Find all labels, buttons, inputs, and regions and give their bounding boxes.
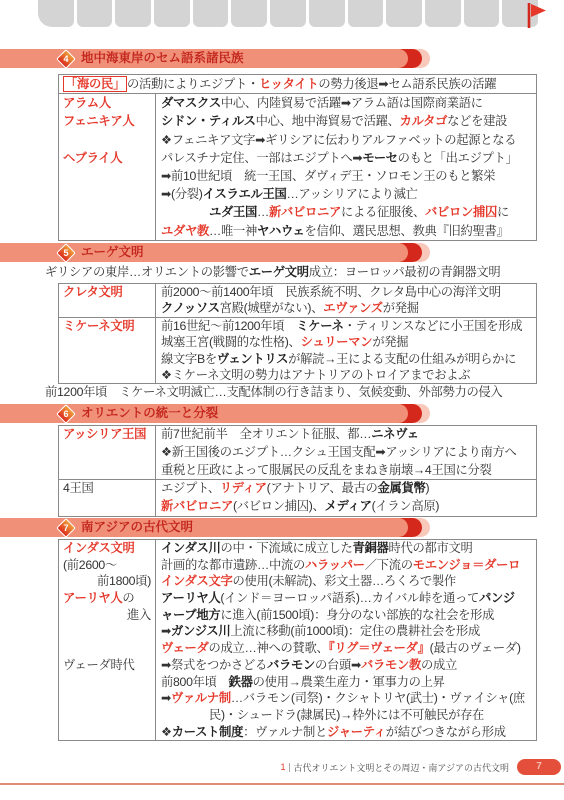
content-cell: 前16世紀～前1200年頃 ミケーネ・ティリンスなどに小王国を形成 bbox=[156, 318, 536, 334]
index-tab bbox=[270, 0, 306, 27]
keyword-red: 『リグ＝ヴェーダ』 bbox=[328, 641, 429, 655]
section-6-banner: 6オリエントの統一と分裂 bbox=[0, 404, 430, 423]
text-segment: 中心、内陸貿易で活躍➡アラム語は国際商業語に bbox=[221, 96, 483, 110]
keyword-red: リディア bbox=[220, 481, 267, 495]
index-tab bbox=[348, 0, 384, 27]
content-cell: 前7世紀前半 全オリエント征服、都…ニネヴェ bbox=[156, 426, 536, 444]
index-tab bbox=[77, 0, 113, 27]
label-cell bbox=[59, 640, 156, 657]
index-tab bbox=[38, 0, 74, 27]
table-line: ➡ガンジス川上流に移動(前1000頃)：定住の農耕社会を形成 bbox=[59, 623, 536, 640]
keyword-red: モエンジョ＝ダーロ bbox=[413, 558, 520, 572]
keyword-red: バラモン教 bbox=[361, 658, 421, 672]
label-cell: ヴェーダ時代 bbox=[59, 657, 156, 674]
footer-divider bbox=[289, 763, 290, 772]
text-segment: (インド＝ヨーロッパ語系)…カイバル峠を通って bbox=[220, 591, 479, 605]
text-segment: の成立…神への賛歌、 bbox=[209, 641, 329, 655]
keyword-bold: ヤハウェ bbox=[257, 224, 305, 238]
section-title: エーゲ文明 bbox=[81, 243, 144, 262]
index-tab bbox=[425, 0, 461, 27]
keyword-bold: エーゲ文明 bbox=[249, 265, 309, 279]
content-cell: 城塞王宮(戦闘的な性格)、シュリーマンが発掘 bbox=[156, 334, 536, 350]
label-cell bbox=[59, 334, 156, 350]
content-cell: ダマスクス中心、内陸貿易で活躍➡アラム語は国際商業語に bbox=[156, 94, 536, 112]
table-line: ➡(分裂)イスラエル王国…アッシリアにより滅亡 bbox=[59, 185, 536, 203]
keyword-bold: ガンジス川 bbox=[171, 624, 230, 638]
keyword-red: 「海の民」 bbox=[63, 76, 127, 92]
keyword-red: 新バビロニア bbox=[161, 499, 233, 513]
text-segment: ・ティリンスなどに小王国を形成 bbox=[344, 319, 523, 333]
text-segment: 宮殿(城壁がない)、 bbox=[220, 301, 324, 315]
keyword-bold: 青銅器 bbox=[352, 541, 388, 555]
keyword-red: インダス文明 bbox=[63, 541, 135, 555]
text-segment: エジプト、 bbox=[161, 481, 220, 495]
index-tab-row bbox=[38, 0, 538, 27]
keyword-bold: ャーブ地方 bbox=[161, 608, 220, 622]
keyword-bold: モーセ bbox=[362, 151, 397, 165]
keyword-bold: ダマスクス bbox=[161, 96, 221, 110]
textbook-page: 4地中海東岸のセム語系諸民族「海の民」の活動によりエジプト・ヒッタイトの勢力後退… bbox=[0, 0, 564, 800]
keyword-red: ミケーネ文明 bbox=[63, 319, 134, 333]
label-cell bbox=[59, 222, 156, 240]
text-segment: の活動によりエジプト・ bbox=[127, 77, 259, 91]
label-cell: アラム人 bbox=[59, 94, 156, 112]
table-line: (前2600～計画的な都市遺跡…中流のハラッパー／下流のモエンジョ＝ダーロ bbox=[59, 557, 536, 574]
content-cell: パレスチナ定住、一部はエジプトへ➡モーセのもと「出エジプト」 bbox=[156, 149, 536, 167]
text-segment: 前2000～前1400年頃 民族系統不明、クレタ島中心の海洋文明 bbox=[161, 285, 501, 299]
index-tab bbox=[386, 0, 422, 27]
text-segment: 4王国 bbox=[63, 481, 94, 495]
label-cell: フェニキア人 bbox=[59, 112, 156, 130]
table-line: 「海の民」の活動によりエジプト・ヒッタイトの勢力後退➡セム語系民族の活躍 bbox=[59, 75, 536, 94]
text-segment: … bbox=[257, 205, 269, 219]
label-cell: クレタ文明 bbox=[59, 284, 156, 300]
keyword-red: ヴァルナ制 bbox=[171, 691, 231, 705]
content-cell: インダス文字の使用(未解読)、彩文土器…ろくろで製作 bbox=[156, 573, 536, 590]
text-segment: ➡前10世紀頃 統一王国、ダヴィデ王・ソロモン王のもと繁栄 bbox=[161, 169, 495, 183]
keyword-bold: イスラエル王国 bbox=[203, 187, 287, 201]
section-title: 地中海東岸のセム語系諸民族 bbox=[81, 49, 244, 68]
content-cell: 前800年頃 鉄器の使用→農業生産力・軍事力の上昇 bbox=[156, 674, 536, 691]
text-segment bbox=[161, 205, 209, 219]
table-line: ❖新王国後のエジプト…クシュ王国支配➡アッシリアにより南方へ bbox=[59, 444, 536, 462]
text-segment: (アナトリア、最古の bbox=[267, 481, 378, 495]
text-segment: 前1200年頃 ミケーネ文明滅亡…支配体制の行き詰まり、気候変動、外部勢力の侵入 bbox=[45, 385, 502, 399]
text-segment: (イラン高原) bbox=[372, 499, 440, 513]
study-table-7: インダス文明インダス川の中・下流域に成立した青銅器時代の都市文明(前2600～計… bbox=[58, 539, 537, 741]
content-cell: ャーブ地方に進入(前1500頃)：身分のない部族的な社会を形成 bbox=[156, 607, 536, 624]
table-line: フェニキア人シドン・ティルス中心、地中海貿易で活躍、カルタゴなどを建設 bbox=[59, 112, 536, 130]
content-cell: 線文字Bをヴェントリスが解読→王による支配の仕組みが明らかに bbox=[156, 351, 536, 367]
content-cell: ユダヤ教…唯一神ヤハウェを信仰、選民思想、教典『旧約聖書』 bbox=[156, 222, 536, 240]
table-line: 新バビロニア(バビロン捕囚)、メディア(イラン高原) bbox=[59, 498, 536, 516]
label-cell: 4王国 bbox=[59, 480, 156, 498]
table-line: ❖フェニキア文字➡ギリシアに伝わりアルファベットの起源となる bbox=[59, 131, 536, 149]
keyword-red: カルタゴ bbox=[400, 114, 448, 128]
index-tab bbox=[154, 0, 190, 27]
keyword-red: ハラッパー bbox=[305, 558, 365, 572]
text-segment: 成立：ヨーロッパ最初の青銅器文明 bbox=[309, 265, 501, 279]
keyword-bold: 金属貨幣 bbox=[377, 481, 425, 495]
keyword-bold: ミケーネ bbox=[296, 319, 343, 333]
label-cell bbox=[59, 724, 156, 741]
text-segment: 重税と圧政によって服属民の反乱をまねき崩壊→4王国に分裂 bbox=[161, 463, 491, 477]
text-segment: が結びつきながら形成 bbox=[386, 725, 506, 739]
index-tab bbox=[309, 0, 345, 27]
content-cell: インダス川の中・下流域に成立した青銅器時代の都市文明 bbox=[156, 540, 536, 557]
table-line: ➡前10世紀頃 統一王国、ダヴィデ王・ソロモン王のもと繁栄 bbox=[59, 167, 536, 185]
label-cell bbox=[59, 167, 156, 185]
keyword-red: バビロン捕囚 bbox=[425, 205, 497, 219]
keyword-red: クレタ文明 bbox=[63, 285, 123, 299]
keyword-bold: バラモン bbox=[267, 658, 315, 672]
table-line: クノッソス宮殿(城壁がない)、エヴァンズが発掘 bbox=[59, 300, 536, 317]
text-segment: が発掘 bbox=[372, 335, 408, 349]
label-cell: 進入 bbox=[59, 607, 156, 624]
label-cell: (前2600～ bbox=[59, 557, 156, 574]
table-line: ❖ミケーネ文明の勢力はアナトリアのトロイアまでおよぶ bbox=[59, 367, 536, 383]
footer-chapter: 1 古代オリエント文明とその周辺・南アジアの古代文明 bbox=[281, 761, 509, 774]
text-segment: ❖ミケーネ文明の勢力はアナトリアのトロイアまでおよぶ bbox=[161, 368, 470, 382]
text-segment: (最古のヴェーダ) bbox=[430, 641, 521, 655]
study-table-6: アッシリア王国前7世紀前半 全オリエント征服、都…ニネヴェ❖新王国後のエジプト…… bbox=[58, 425, 537, 517]
text-segment: 前16世紀～前1200年頃 bbox=[161, 319, 296, 333]
keyword-bold: ニネヴェ bbox=[371, 427, 419, 441]
table-line: ヴェーダ時代➡祭式をつかさどるバラモンの台頭➡バラモン教の成立 bbox=[59, 657, 536, 674]
label-cell: 前1800頃) bbox=[59, 573, 156, 590]
index-tab bbox=[115, 0, 151, 27]
page-number-badge: 7 bbox=[517, 759, 561, 775]
keyword-bold: インダス川 bbox=[161, 541, 221, 555]
chapter-number: 1 bbox=[281, 762, 286, 772]
label-cell bbox=[59, 367, 156, 383]
text-segment: のもと「出エジプト」 bbox=[398, 151, 518, 165]
text-segment: の bbox=[122, 591, 134, 605]
content-cell: ➡祭式をつかさどるバラモンの台頭➡バラモン教の成立 bbox=[156, 657, 536, 674]
text-segment: 民)・シュードラ(隷属民)→枠外には不可触民が存在 bbox=[161, 708, 484, 722]
footer-rule bbox=[0, 783, 564, 785]
content-cell: 計画的な都市遺跡…中流のハラッパー／下流のモエンジョ＝ダーロ bbox=[156, 557, 536, 574]
content-cell: ➡ガンジス川上流に移動(前1000頃)：定住の農耕社会を形成 bbox=[156, 623, 536, 640]
content-cell: ヴェーダの成立…神への賛歌、『リグ＝ヴェーダ』(最古のヴェーダ) bbox=[156, 640, 536, 657]
text-segment: 前800年頃 bbox=[161, 675, 229, 689]
table-line: ➡ヴァルナ制…バラモン(司祭)・クシャトリヤ(武士)・ヴァイシャ(庶 bbox=[59, 690, 536, 707]
keyword-red: 新バビロニア bbox=[269, 205, 341, 219]
chapter-title: 古代オリエント文明とその周辺・南アジアの古代文明 bbox=[294, 761, 509, 774]
keyword-red: ヘブライ人 bbox=[63, 151, 122, 165]
keyword-red: ジャーティ bbox=[327, 725, 386, 739]
text-segment: 進入 bbox=[127, 608, 151, 622]
text-segment: に bbox=[497, 205, 509, 219]
label-cell bbox=[59, 674, 156, 691]
text-segment: ❖新王国後のエジプト…クシュ王国支配➡アッシリアにより南方へ bbox=[161, 445, 517, 459]
keyword-red: エヴァンズ bbox=[323, 301, 383, 315]
label-cell bbox=[59, 623, 156, 640]
index-tab bbox=[193, 0, 229, 27]
index-tab bbox=[464, 0, 500, 27]
table-line: 前1800頃)インダス文字の使用(未解読)、彩文土器…ろくろで製作 bbox=[59, 573, 536, 590]
table-line: 重税と圧政によって服属民の反乱をまねき崩壊→4王国に分裂 bbox=[59, 462, 536, 481]
table-line: インダス文明インダス川の中・下流域に成立した青銅器時代の都市文明 bbox=[59, 540, 536, 557]
label-cell bbox=[59, 351, 156, 367]
text-segment: パレスチナ定住、一部はエジプトへ➡ bbox=[161, 151, 362, 165]
intro-line: ギリシアの東岸…オリエントの影響でエーゲ文明成立：ヨーロッパ最初の青銅器文明 bbox=[45, 263, 500, 281]
text-segment: による征服後、 bbox=[341, 205, 425, 219]
text-segment: …アッシリアにより滅亡 bbox=[286, 187, 417, 201]
content-cell: ❖新王国後のエジプト…クシュ王国支配➡アッシリアにより南方へ bbox=[156, 444, 536, 462]
label-cell bbox=[59, 203, 156, 221]
keyword-red: ユダヤ教 bbox=[161, 224, 209, 238]
keyword-bold: パンジ bbox=[479, 591, 515, 605]
text-segment: の勢力後退➡セム語系民族の活躍 bbox=[318, 77, 496, 91]
text-segment: などを建設 bbox=[447, 114, 507, 128]
label-cell: ミケーネ文明 bbox=[59, 318, 156, 334]
text-segment: 線文字Bを bbox=[161, 352, 217, 366]
label-cell: インダス文明 bbox=[59, 540, 156, 557]
content-cell: ❖ミケーネ文明の勢力はアナトリアのトロイアまでおよぶ bbox=[156, 367, 536, 383]
table-line: ユダ王国…新バビロニアによる征服後、バビロン捕囚に bbox=[59, 203, 536, 221]
text-segment: が解読→王による支配の仕組みが明らかに bbox=[288, 352, 516, 366]
content-cell: 新バビロニア(バビロン捕囚)、メディア(イラン高原) bbox=[156, 498, 536, 516]
text-segment: を信仰、選民思想、教典『旧約聖書』 bbox=[305, 224, 509, 238]
label-cell bbox=[59, 498, 156, 516]
keyword-bold: クノッソス bbox=[161, 301, 220, 315]
text-segment: 時代の都市文明 bbox=[388, 541, 472, 555]
table-line: ミケーネ文明前16世紀～前1200年頃 ミケーネ・ティリンスなどに小王国を形成 bbox=[59, 318, 536, 334]
flag-icon bbox=[526, 2, 548, 29]
keyword-bold: ユダ王国 bbox=[209, 205, 257, 219]
keyword-red: ヒッタイト bbox=[259, 77, 318, 91]
table-line: ヴェーダの成立…神への賛歌、『リグ＝ヴェーダ』(最古のヴェーダ) bbox=[59, 640, 536, 657]
keyword-bold: アーリヤ人 bbox=[161, 591, 220, 605]
full-width-cell: 「海の民」の活動によりエジプト・ヒッタイトの勢力後退➡セム語系民族の活躍 bbox=[59, 75, 536, 93]
section-4-banner: 4地中海東岸のセム語系諸民族 bbox=[0, 49, 430, 68]
keyword-red: フェニキア人 bbox=[63, 114, 134, 128]
label-cell bbox=[59, 185, 156, 203]
keyword-bold: シドン・ティルス bbox=[161, 114, 256, 128]
text-segment: ➡祭式をつかさどる bbox=[161, 658, 267, 672]
keyword-red: シュリーマン bbox=[301, 335, 373, 349]
keyword-red: アーリヤ人 bbox=[63, 591, 122, 605]
table-line: アーリヤ人のアーリヤ人(インド＝ヨーロッパ語系)…カイバル峠を通ってパンジ bbox=[59, 590, 536, 607]
text-segment: ❖ bbox=[161, 725, 172, 739]
keyword-bold: ヴェントリス bbox=[217, 352, 288, 366]
content-cell: ➡前10世紀頃 統一王国、ダヴィデ王・ソロモン王のもと繁栄 bbox=[156, 167, 536, 185]
content-cell: 重税と圧政によって服属民の反乱をまねき崩壊→4王国に分裂 bbox=[156, 462, 536, 480]
table-line: 前800年頃 鉄器の使用→農業生産力・軍事力の上昇 bbox=[59, 674, 536, 691]
table-line: 城塞王宮(戦闘的な性格)、シュリーマンが発掘 bbox=[59, 334, 536, 350]
section-title: オリエントの統一と分裂 bbox=[81, 404, 218, 423]
table-line: ❖カースト制度：ヴァルナ制とジャーティが結びつきながら形成 bbox=[59, 724, 536, 741]
text-segment: ／下流の bbox=[365, 558, 413, 572]
content-cell: 前2000～前1400年頃 民族系統不明、クレタ島中心の海洋文明 bbox=[156, 284, 536, 300]
page-footer: 1 古代オリエント文明とその周辺・南アジアの古代文明 7 bbox=[281, 758, 561, 776]
content-cell: アーリヤ人(インド＝ヨーロッパ語系)…カイバル峠を通ってパンジ bbox=[156, 590, 536, 607]
text-segment: (バビロン捕囚)、 bbox=[233, 499, 325, 513]
text-segment: 中心、地中海貿易で活躍、 bbox=[256, 114, 400, 128]
section-title: 南アジアの古代文明 bbox=[81, 518, 193, 537]
label-cell bbox=[59, 690, 156, 707]
text-segment: …バラモン(司祭)・クシャトリヤ(武士)・ヴァイシャ(庶 bbox=[231, 691, 525, 705]
text-segment: の成立 bbox=[421, 658, 457, 672]
text-segment: 前7世紀前半 全オリエント征服、都… bbox=[161, 427, 371, 441]
text-segment: 上流に移動(前1000頃)：定住の農耕社会を形成 bbox=[230, 624, 480, 638]
text-segment: の中・下流域に成立した bbox=[221, 541, 353, 555]
label-cell: アーリヤ人の bbox=[59, 590, 156, 607]
label-cell bbox=[59, 444, 156, 462]
keyword-bold: カースト制度 bbox=[172, 725, 243, 739]
content-cell: クノッソス宮殿(城壁がない)、エヴァンズが発掘 bbox=[156, 300, 536, 316]
index-tab bbox=[231, 0, 267, 27]
text-segment: の使用→農業生産力・軍事力の上昇 bbox=[253, 675, 445, 689]
keyword-red: ヴェーダ bbox=[161, 641, 209, 655]
text-segment: 前1800頃) bbox=[97, 574, 151, 588]
study-table-5: クレタ文明前2000～前1400年頃 民族系統不明、クレタ島中心の海洋文明クノッ… bbox=[58, 283, 537, 384]
section-5-banner: 5エーゲ文明 bbox=[0, 243, 430, 262]
content-cell: ユダ王国…新バビロニアによる征服後、バビロン捕囚に bbox=[156, 203, 536, 221]
label-cell: ヘブライ人 bbox=[59, 149, 156, 167]
text-segment: ➡ bbox=[161, 691, 171, 705]
table-line: ヘブライ人パレスチナ定住、一部はエジプトへ➡モーセのもと「出エジプト」 bbox=[59, 149, 536, 167]
label-cell bbox=[59, 131, 156, 149]
table-line: 進入ャーブ地方に進入(前1500頃)：身分のない部族的な社会を形成 bbox=[59, 607, 536, 624]
text-segment: の使用(未解読)、彩文土器…ろくろで製作 bbox=[233, 574, 456, 588]
keyword-red: アラム人 bbox=[63, 96, 111, 110]
keyword-bold: メディア bbox=[325, 499, 372, 513]
study-table-4: 「海の民」の活動によりエジプト・ヒッタイトの勢力後退➡セム語系民族の活躍アラム人… bbox=[58, 74, 537, 241]
keyword-red: インダス文字 bbox=[161, 574, 233, 588]
label-cell bbox=[59, 707, 156, 724]
content-cell: 民)・シュードラ(隷属民)→枠外には不可触民が存在 bbox=[156, 707, 536, 724]
table-line: クレタ文明前2000～前1400年頃 民族系統不明、クレタ島中心の海洋文明 bbox=[59, 284, 536, 300]
content-cell: ➡(分裂)イスラエル王国…アッシリアにより滅亡 bbox=[156, 185, 536, 203]
content-cell: エジプト、リディア(アナトリア、最古の金属貨幣) bbox=[156, 480, 536, 498]
table-line: 4王国エジプト、リディア(アナトリア、最古の金属貨幣) bbox=[59, 480, 536, 498]
label-cell: アッシリア王国 bbox=[59, 426, 156, 444]
text-segment: ：ヴァルナ制と bbox=[243, 725, 327, 739]
label-cell bbox=[59, 462, 156, 480]
text-segment: ➡ bbox=[161, 624, 171, 638]
table-line: アッシリア王国前7世紀前半 全オリエント征服、都…ニネヴェ bbox=[59, 426, 536, 444]
text-segment: ) bbox=[425, 481, 429, 495]
content-cell: ❖フェニキア文字➡ギリシアに伝わりアルファベットの起源となる bbox=[156, 131, 536, 149]
table-line: アラム人ダマスクス中心、内陸貿易で活躍➡アラム語は国際商業語に bbox=[59, 94, 536, 112]
table-line: 民)・シュードラ(隷属民)→枠外には不可触民が存在 bbox=[59, 707, 536, 724]
text-segment: 城塞王宮(戦闘的な性格)、 bbox=[161, 335, 301, 349]
text-segment: 計画的な都市遺跡…中流の bbox=[161, 558, 305, 572]
table-line: 線文字Bをヴェントリスが解読→王による支配の仕組みが明らかに bbox=[59, 351, 536, 367]
text-segment: (前2600～ bbox=[63, 558, 117, 572]
text-segment: …唯一神 bbox=[209, 224, 257, 238]
content-cell: シドン・ティルス中心、地中海貿易で活躍、カルタゴなどを建設 bbox=[156, 112, 536, 130]
keyword-bold: 鉄器 bbox=[229, 675, 253, 689]
text-segment: の台頭➡ bbox=[315, 658, 361, 672]
label-cell bbox=[59, 300, 156, 316]
note-line: 前1200年頃 ミケーネ文明滅亡…支配体制の行き詰まり、気候変動、外部勢力の侵入 bbox=[45, 383, 502, 401]
table-line: ユダヤ教…唯一神ヤハウェを信仰、選民思想、教典『旧約聖書』 bbox=[59, 222, 536, 240]
content-cell: ➡ヴァルナ制…バラモン(司祭)・クシャトリヤ(武士)・ヴァイシャ(庶 bbox=[156, 690, 536, 707]
text-segment: ヴェーダ時代 bbox=[63, 658, 135, 672]
text-segment: ❖フェニキア文字➡ギリシアに伝わりアルファベットの起源となる bbox=[161, 133, 516, 147]
text-segment: ギリシアの東岸…オリエントの影響で bbox=[45, 265, 249, 279]
section-7-banner: 7南アジアの古代文明 bbox=[0, 518, 430, 537]
text-segment: が発掘 bbox=[383, 301, 419, 315]
keyword-red: アッシリア王国 bbox=[63, 427, 146, 441]
content-cell: ❖カースト制度：ヴァルナ制とジャーティが結びつきながら形成 bbox=[156, 724, 536, 741]
text-segment: に進入(前1500頃)：身分のない部族的な社会を形成 bbox=[220, 608, 494, 622]
text-segment: ➡(分裂) bbox=[161, 187, 203, 201]
